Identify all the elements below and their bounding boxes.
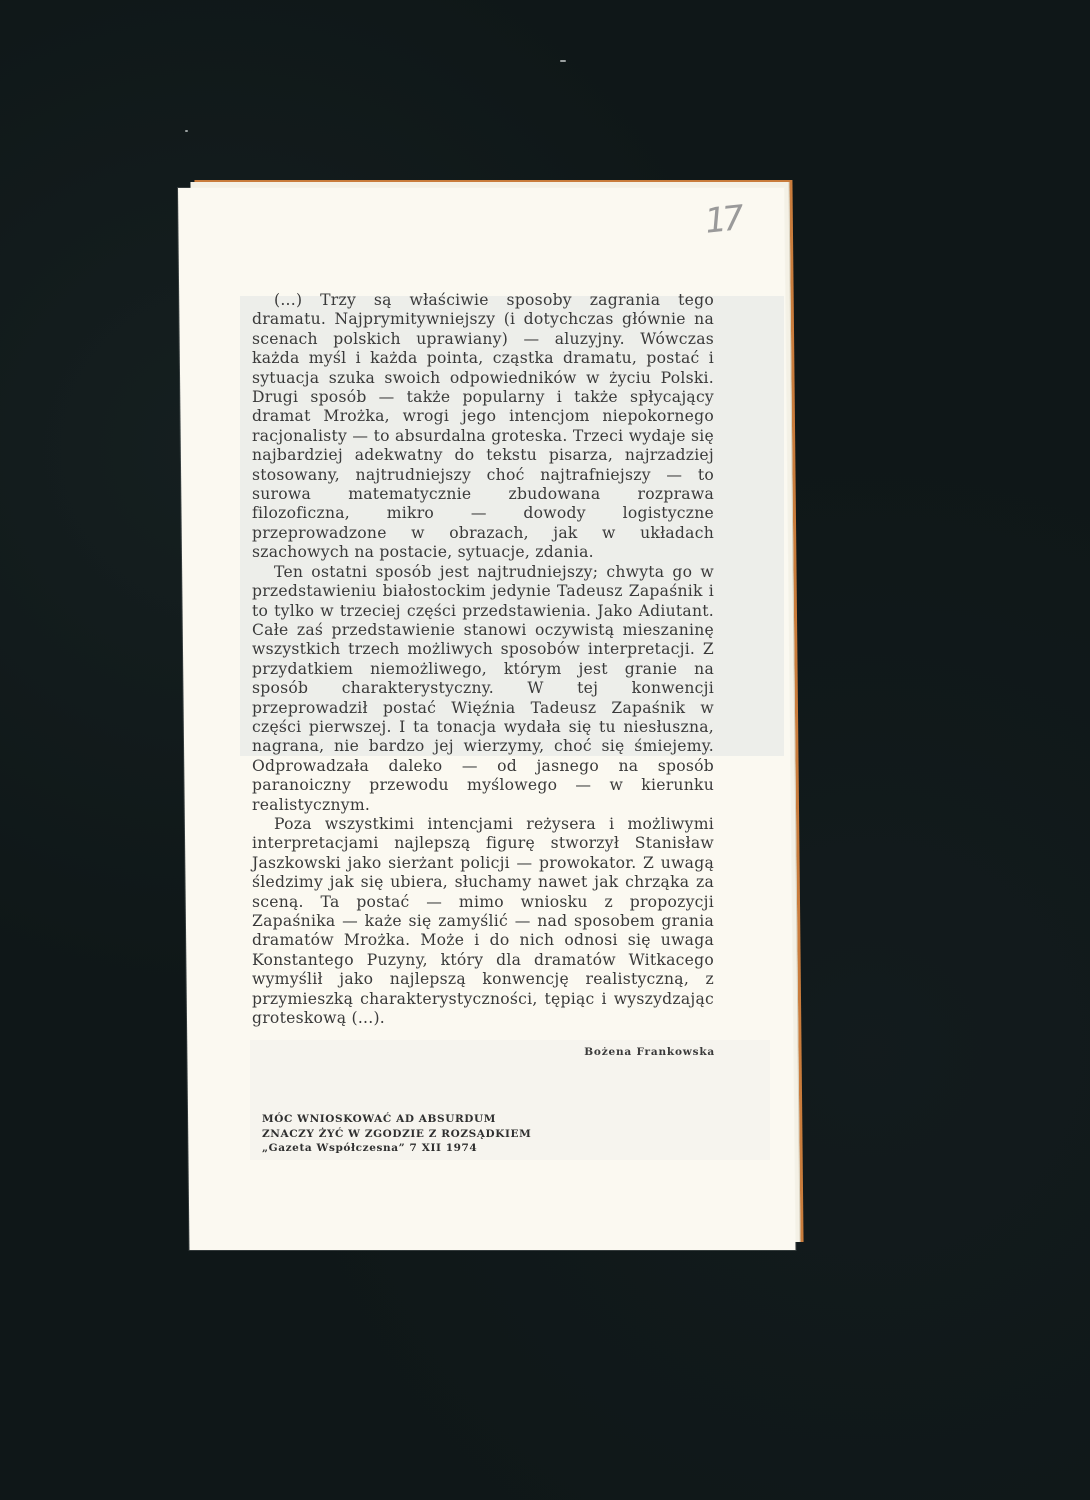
dust-speck [560, 60, 566, 62]
source-citation: „Gazeta Współczesna” 7 XII 1974 [262, 1141, 531, 1156]
article-paragraph: Ten ostatni sposób jest najtrudniejszy; … [252, 563, 714, 815]
article-author: Bożena Frankowska [560, 1046, 715, 1058]
article-paragraph: (...) Trzy są właściwie sposoby zagrania… [252, 291, 714, 563]
handwritten-page-number: 17 [703, 198, 742, 241]
article-paragraph: Poza wszystkimi intencjami reżysera i mo… [252, 815, 714, 1028]
source-block: MÓC WNIOSKOWAĆ AD ABSURDUM ZNACZY ŻYĆ W … [262, 1112, 531, 1156]
dust-speck [185, 130, 188, 132]
source-headline-line2: ZNACZY ŻYĆ W ZGODZIE Z ROZSĄDKIEM [262, 1127, 531, 1142]
article-body: (...) Trzy są właściwie sposoby zagrania… [252, 291, 714, 1028]
source-headline-line1: MÓC WNIOSKOWAĆ AD ABSURDUM [262, 1112, 531, 1127]
